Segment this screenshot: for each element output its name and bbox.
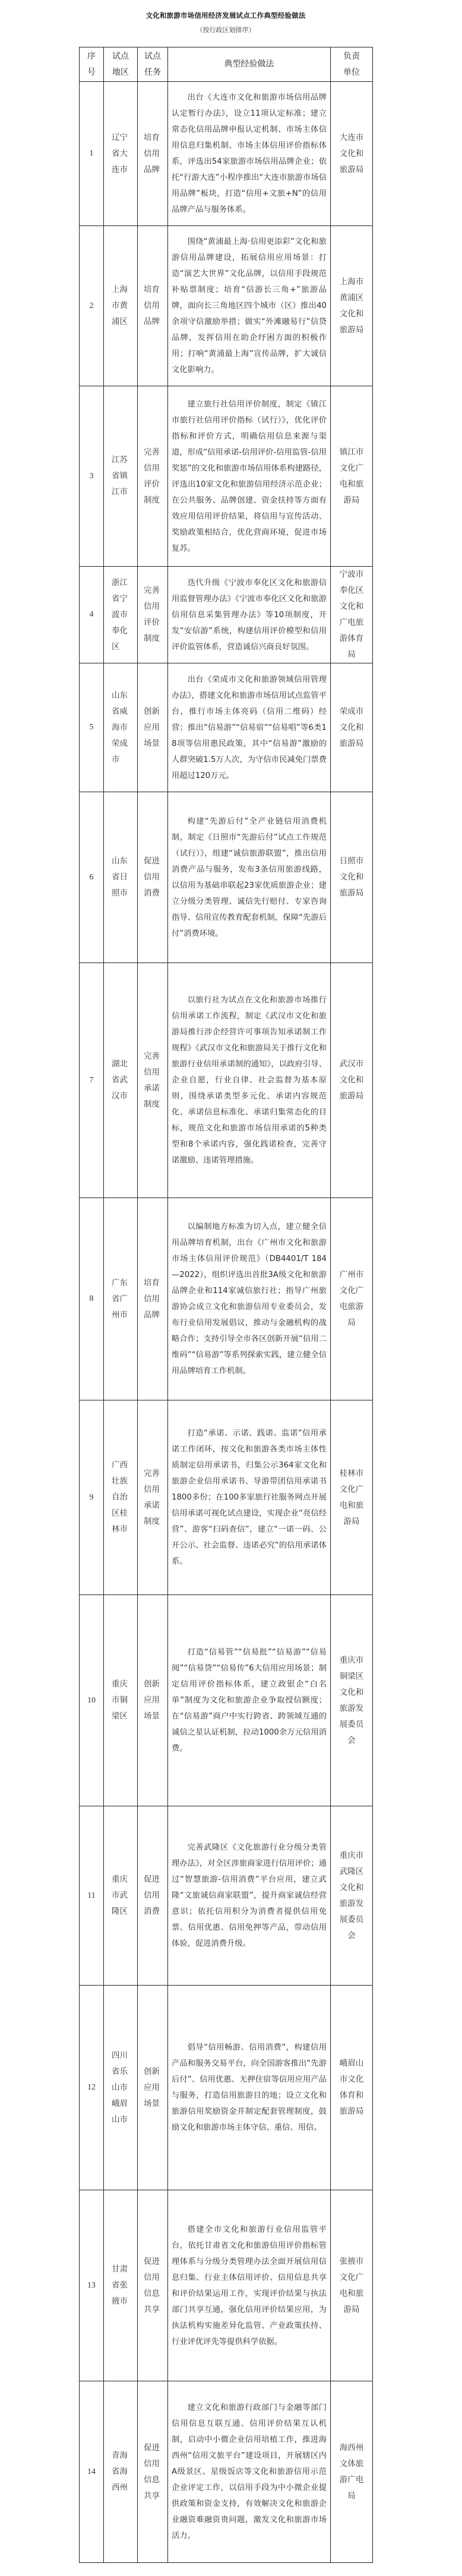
typical-practice: 建立文化和旅游行政部门与金融等部门信用信息互联互通、信用评价结果互认机制，启动中… — [172, 2403, 327, 2540]
row-number-cell: 8 — [80, 1198, 104, 1400]
pilot-task: 完善信用承诺制度 — [144, 1466, 162, 1530]
typical-practice: 围绕“黄浦最上海·信用更添彩”文化和旅游信用品牌建设，拓展信用应用场景：打造“演… — [172, 237, 327, 374]
pilot-task: 促进信用消费 — [144, 853, 162, 901]
row-number-cell: 5 — [80, 663, 104, 792]
row-number-cell: 2 — [80, 226, 104, 386]
row-number: 8 — [90, 1294, 94, 1303]
responsible-unit: 重庆市铜梁区文化和旅游发展委员会 — [338, 1653, 365, 1749]
row-number: 4 — [90, 610, 94, 619]
responsible-unit: 镇江市文化广电和旅游局 — [338, 444, 365, 509]
row-number-cell: 6 — [80, 792, 104, 963]
typical-practice-cell: 搭建全市文化和旅游行业信用监管平台，依托甘肃省文化和旅游信用评价指标管理体系与分… — [168, 2190, 331, 2381]
pilot-task-cell: 完善信用评价制度 — [138, 567, 168, 663]
pilot-area-cell: 重庆市武隆区 — [104, 1806, 138, 1986]
typical-practice-cell: 构建“先游后付”全产业链信用消费机制，制定《日照市“先游后付”试点工作规范（试行… — [168, 792, 331, 963]
responsible-unit-cell: 桂林市文化广电和旅游局 — [331, 1400, 373, 1595]
pilot-area-cell: 广西壮族自治区桂林市 — [104, 1400, 138, 1595]
typical-practice-cell: 建立旅行社信用评价制度，制定《镇江市旅行社信用评价指标（试行）》，优化评价指标和… — [168, 386, 331, 567]
row-number: 9 — [90, 1493, 94, 1502]
table-row: 5山东省威海市荣成市创新应用场景出台《荣成市文化和旅游领域信用管理办法》，搭建文… — [80, 663, 373, 792]
row-number: 7 — [90, 1076, 94, 1085]
row-number: 14 — [87, 2467, 96, 2476]
header-unit-label: 负责单位 — [343, 49, 360, 81]
responsible-unit: 宁波市奉化区文化和广电旅游体育局 — [338, 567, 365, 663]
responsible-unit-cell: 海西州文体旅游广电局 — [331, 2381, 373, 2563]
table-body: 1辽宁省大连市培育信用品牌出台《大连市文化和旅游市场信用品牌认定暂行办法》，设立… — [80, 82, 373, 2563]
pilot-area-cell: 广东省广州市 — [104, 1198, 138, 1400]
pilot-task: 完善信用承诺制度 — [144, 1049, 162, 1113]
responsible-unit: 日照市文化和旅游局 — [338, 853, 365, 901]
row-number-cell: 9 — [80, 1400, 104, 1595]
pilot-task: 创新应用场景 — [144, 2064, 162, 2112]
table-header-row: 序号 试点地区 试点任务 典型经验做法 负责单位 — [80, 47, 373, 82]
pilot-area: 重庆市铜梁区 — [112, 1676, 129, 1724]
typical-practice: 建立旅行社信用评价制度，制定《镇江市旅行社信用评价指标（试行）》，优化评价指标和… — [172, 400, 327, 553]
row-number-cell: 1 — [80, 82, 104, 226]
pilot-area-cell: 湖北省武汉市 — [104, 963, 138, 1198]
row-number: 3 — [90, 472, 94, 481]
pilot-task: 促进信用消费 — [144, 1872, 162, 1920]
responsible-unit-cell: 镇江市文化广电和旅游局 — [331, 386, 373, 567]
pilot-task-cell: 创新应用场景 — [138, 1986, 168, 2190]
typical-practice: 打造“信易管”“信易批”“信易游”“信易阅”“信易贷”“信易传”6大信用应用场景… — [172, 1648, 327, 1753]
typical-practice-cell: 倡导“信用畅游、信用消费”，构建信用产品和服务交易平台，向全国游客推出“先游后付… — [168, 1986, 331, 2190]
pilot-task-cell: 促进信用信息共享 — [138, 2381, 168, 2563]
pilot-area-cell: 江苏省镇江市 — [104, 386, 138, 567]
pilot-task-cell: 创新应用场景 — [138, 663, 168, 792]
typical-practice: 出台《大连市文化和旅游市场信用品牌认定暂行办法》，设立11项认定标准；建立常态化… — [172, 93, 327, 214]
responsible-unit: 广州市文化广电旅游局 — [338, 1267, 365, 1331]
header-area: 试点地区 — [104, 47, 138, 82]
pilot-task-cell: 完善信用承诺制度 — [138, 1400, 168, 1595]
responsible-unit-cell: 大连市文化和旅游局 — [331, 82, 373, 226]
pilot-task: 创新应用场景 — [144, 1676, 162, 1724]
typical-practice: 以编制地方标准为切入点，建立健全信用品牌培育机制，出台《广州市文化和旅游市场主体… — [172, 1222, 327, 1376]
responsible-unit: 张掖市文化广电和旅游局 — [338, 2254, 365, 2318]
typical-experience-table: 序号 试点地区 试点任务 典型经验做法 负责单位 1辽宁省大连市培育信用品牌出台… — [79, 47, 373, 2563]
pilot-area: 湖北省武汉市 — [112, 1056, 129, 1104]
table-row: 11重庆市武隆区促进信用消费完善武隆区《文化旅游行业分级分类管理办法》，对全区涉… — [80, 1806, 373, 1986]
responsible-unit: 荣成市文化和旅游局 — [338, 704, 365, 752]
pilot-task-cell: 促进信用信息共享 — [138, 2190, 168, 2381]
pilot-task-cell: 创新应用场景 — [138, 1595, 168, 1806]
responsible-unit-cell: 武汉市文化和旅游局 — [331, 963, 373, 1198]
pilot-task: 创新应用场景 — [144, 704, 162, 752]
header-unit: 负责单位 — [331, 47, 373, 82]
typical-practice: 以旅行社为试点在文化和旅游市场推行信用承诺工作流程，制定《武汉市文化和旅游局推行… — [172, 996, 327, 1165]
responsible-unit: 桂林市文化广电和旅游局 — [338, 1466, 365, 1530]
pilot-area: 广东省广州市 — [112, 1275, 129, 1323]
pilot-area: 甘肃省张掖市 — [112, 2261, 129, 2310]
pilot-task-cell: 培育信用品牌 — [138, 226, 168, 386]
row-number-cell: 12 — [80, 1986, 104, 2190]
header-task: 试点任务 — [138, 47, 168, 82]
pilot-area: 四川省乐山市峨眉山市 — [112, 2048, 129, 2128]
pilot-area: 青海省海西州 — [112, 2448, 129, 2496]
row-number-cell: 4 — [80, 567, 104, 663]
typical-practice-cell: 以旅行社为试点在文化和旅游市场推行信用承诺工作流程，制定《武汉市文化和旅游局推行… — [168, 963, 331, 1198]
row-number: 6 — [90, 873, 94, 882]
typical-practice: 完善武隆区《文化旅游行业分级分类管理办法》，对全区涉旅商家进行信用评价；通过“智… — [172, 1843, 327, 1948]
responsible-unit-cell: 张掖市文化广电和旅游局 — [331, 2190, 373, 2381]
responsible-unit-cell: 宁波市奉化区文化和广电旅游体育局 — [331, 567, 373, 663]
table-row: 4浙江省宁波市奉化区完善信用评价制度迭代升级《宁波市奉化区文化和旅游信用监督管理… — [80, 567, 373, 663]
responsible-unit-cell: 重庆市武隆区文化和旅游发展委员会 — [331, 1806, 373, 1986]
pilot-area-cell: 青海省海西州 — [104, 2381, 138, 2563]
responsible-unit-cell: 重庆市铜梁区文化和旅游发展委员会 — [331, 1595, 373, 1806]
pilot-area-cell: 辽宁省大连市 — [104, 82, 138, 226]
typical-practice-cell: 出台《大连市文化和旅游市场信用品牌认定暂行办法》，设立11项认定标准；建立常态化… — [168, 82, 331, 226]
pilot-area: 山东省日照市 — [112, 853, 129, 901]
table-row: 2上海市黄浦区培育信用品牌围绕“黄浦最上海·信用更添彩”文化和旅游信用品牌建设，… — [80, 226, 373, 386]
typical-practice-cell: 打造“信易管”“信易批”“信易游”“信易阅”“信易贷”“信易传”6大信用应用场景… — [168, 1595, 331, 1806]
typical-practice: 倡导“信用畅游、信用消费”，构建信用产品和服务交易平台，向全国游客推出“先游后付… — [172, 2043, 327, 2132]
pilot-task-cell: 完善信用承诺制度 — [138, 963, 168, 1198]
typical-practice: 搭建全市文化和旅游行业信用监管平台，依托甘肃省文化和旅游信用评价指标管理体系与分… — [172, 2225, 327, 2346]
responsible-unit: 武汉市文化和旅游局 — [338, 1056, 365, 1104]
document-subtitle: （按行政区划排序） — [0, 25, 451, 34]
header-no: 序号 — [80, 47, 104, 82]
pilot-area: 广西壮族自治区桂林市 — [112, 1457, 129, 1538]
pilot-task: 培育信用品牌 — [144, 282, 162, 330]
typical-practice-cell: 打造“承诺、示诺、践诺、监诺”信用承诺工作闭环，按文化和旅游各类市场主体性质制定… — [168, 1400, 331, 1595]
row-number-cell: 13 — [80, 2190, 104, 2381]
responsible-unit: 重庆市武隆区文化和旅游发展委员会 — [338, 1848, 365, 1944]
row-number: 1 — [90, 149, 94, 158]
header-practice: 典型经验做法 — [168, 47, 331, 82]
pilot-task: 完善信用评价制度 — [144, 444, 162, 509]
typical-practice-cell: 围绕“黄浦最上海·信用更添彩”文化和旅游信用品牌建设，拓展信用应用场景：打造“演… — [168, 226, 331, 386]
table-row: 12四川省乐山市峨眉山市创新应用场景倡导“信用畅游、信用消费”，构建信用产品和服… — [80, 1986, 373, 2190]
typical-practice: 打造“承诺、示诺、践诺、监诺”信用承诺工作闭环，按文化和旅游各类市场主体性质制定… — [172, 1429, 327, 1566]
pilot-area: 浙江省宁波市奉化区 — [112, 575, 129, 655]
typical-practice-cell: 建立文化和旅游行政部门与金融等部门信用信息互联互通、信用评价结果互认机制，启动中… — [168, 2381, 331, 2563]
pilot-area: 辽宁省大连市 — [112, 130, 129, 178]
table-row: 14青海省海西州促进信用信息共享建立文化和旅游行政部门与金融等部门信用信息互联互… — [80, 2381, 373, 2563]
pilot-task-cell: 促进信用消费 — [138, 792, 168, 963]
pilot-area: 上海市黄浦区 — [112, 282, 129, 330]
row-number: 10 — [87, 1696, 96, 1705]
pilot-area-cell: 重庆市铜梁区 — [104, 1595, 138, 1806]
typical-practice-cell: 出台《荣成市文化和旅游领域信用管理办法》，搭建文化和旅游市场信用试点监管平台，推… — [168, 663, 331, 792]
pilot-area-cell: 甘肃省张掖市 — [104, 2190, 138, 2381]
pilot-area-cell: 上海市黄浦区 — [104, 226, 138, 386]
row-number-cell: 3 — [80, 386, 104, 567]
row-number: 12 — [87, 2083, 96, 2092]
typical-practice: 迭代升级《宁波市奉化区文化和旅游信用监督管理办法》《宁波市奉化区文化和旅游信用信… — [172, 579, 327, 652]
row-number: 5 — [90, 723, 94, 732]
typical-practice-cell: 以编制地方标准为切入点，建立健全信用品牌培育机制，出台《广州市文化和旅游市场主体… — [168, 1198, 331, 1400]
row-number: 13 — [87, 2281, 96, 2290]
typical-practice-cell: 迭代升级《宁波市奉化区文化和旅游信用监督管理办法》《宁波市奉化区文化和旅游信用信… — [168, 567, 331, 663]
pilot-area-cell: 山东省威海市荣成市 — [104, 663, 138, 792]
responsible-unit-cell: 荣成市文化和旅游局 — [331, 663, 373, 792]
row-number-cell: 11 — [80, 1806, 104, 1986]
pilot-area: 重庆市武隆区 — [112, 1872, 129, 1920]
row-number-cell: 14 — [80, 2381, 104, 2563]
pilot-area-cell: 浙江省宁波市奉化区 — [104, 567, 138, 663]
header-area-label: 试点地区 — [112, 49, 129, 81]
table-row: 1辽宁省大连市培育信用品牌出台《大连市文化和旅游市场信用品牌认定暂行办法》，设立… — [80, 82, 373, 226]
typical-practice-cell: 完善武隆区《文化旅游行业分级分类管理办法》，对全区涉旅商家进行信用评价；通过“智… — [168, 1806, 331, 1986]
responsible-unit: 峨眉山市文化体育和旅游局 — [338, 2056, 365, 2120]
pilot-area: 山东省威海市荣成市 — [112, 688, 129, 768]
header-practice-label: 典型经验做法 — [224, 59, 274, 69]
responsible-unit-cell: 日照市文化和旅游局 — [331, 792, 373, 963]
table-row: 10重庆市铜梁区创新应用场景打造“信易管”“信易批”“信易游”“信易阅”“信易贷… — [80, 1595, 373, 1806]
pilot-task: 促进信用信息共享 — [144, 2440, 162, 2504]
pilot-area: 江苏省镇江市 — [112, 452, 129, 500]
table-row: 7湖北省武汉市完善信用承诺制度以旅行社为试点在文化和旅游市场推行信用承诺工作流程… — [80, 963, 373, 1198]
responsible-unit: 大连市文化和旅游局 — [338, 130, 365, 178]
typical-practice: 出台《荣成市文化和旅游领域信用管理办法》，搭建文化和旅游市场信用试点监管平台，推… — [172, 675, 327, 780]
row-number: 11 — [87, 1891, 95, 1900]
pilot-task-cell: 促进信用消费 — [138, 1806, 168, 1986]
row-number-cell: 7 — [80, 963, 104, 1198]
table-row: 8广东省广州市培育信用品牌以编制地方标准为切入点，建立健全信用品牌培育机制，出台… — [80, 1198, 373, 1400]
responsible-unit: 海西州文体旅游广电局 — [338, 2440, 365, 2504]
pilot-task: 完善信用评价制度 — [144, 583, 162, 647]
row-number-cell: 10 — [80, 1595, 104, 1806]
pilot-task-cell: 培育信用品牌 — [138, 82, 168, 226]
pilot-task: 培育信用品牌 — [144, 1275, 162, 1323]
document-title: 文化和旅游市场信用经济发展试点工作典型经验做法 — [0, 11, 451, 20]
responsible-unit-cell: 广州市文化广电旅游局 — [331, 1198, 373, 1400]
table-row: 13甘肃省张掖市促进信用信息共享搭建全市文化和旅游行业信用监管平台，依托甘肃省文… — [80, 2190, 373, 2381]
table-row: 9广西壮族自治区桂林市完善信用承诺制度打造“承诺、示诺、践诺、监诺”信用承诺工作… — [80, 1400, 373, 1595]
pilot-task: 促进信用信息共享 — [144, 2254, 162, 2318]
pilot-task: 培育信用品牌 — [144, 130, 162, 178]
pilot-area-cell: 山东省日照市 — [104, 792, 138, 963]
table-row: 3江苏省镇江市完善信用评价制度建立旅行社信用评价制度，制定《镇江市旅行社信用评价… — [80, 386, 373, 567]
header-task-label: 试点任务 — [144, 49, 162, 81]
responsible-unit-cell: 上海市黄浦区文化和旅游局 — [331, 226, 373, 386]
responsible-unit: 上海市黄浦区文化和旅游局 — [338, 274, 365, 338]
row-number: 2 — [90, 301, 94, 310]
pilot-task-cell: 培育信用品牌 — [138, 1198, 168, 1400]
table-row: 6山东省日照市促进信用消费构建“先游后付”全产业链信用消费机制，制定《日照市“先… — [80, 792, 373, 963]
pilot-area-cell: 四川省乐山市峨眉山市 — [104, 1986, 138, 2190]
pilot-task-cell: 完善信用评价制度 — [138, 386, 168, 567]
header-no-label: 序号 — [87, 49, 96, 81]
typical-practice: 构建“先游后付”全产业链信用消费机制，制定《日照市“先游后付”试点工作规范（试行… — [172, 817, 327, 938]
responsible-unit-cell: 峨眉山市文化体育和旅游局 — [331, 1986, 373, 2190]
